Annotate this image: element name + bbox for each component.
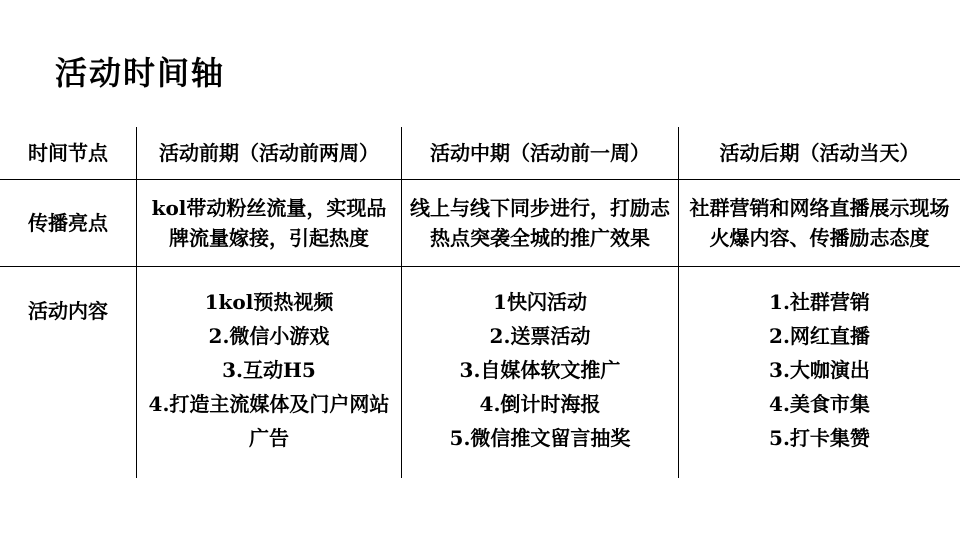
list-item: 5.打卡集赞 <box>769 421 870 455</box>
timeline-table: 时间节点 活动前期（活动前两周） 活动中期（活动前一周） 活动后期（活动当天） … <box>0 127 960 478</box>
content-list-early: 1kol预热视频2.微信小游戏3.互动H54.打造主流媒体及门户网站广告 <box>136 267 401 478</box>
row-label-content: 活动内容 <box>0 267 136 478</box>
list-item: 3.大咖演出 <box>769 353 870 387</box>
highlights-cell-early: kol带动粉丝流量，实现品牌流量嫁接，引起热度 <box>136 180 401 267</box>
header-cell-early-stage: 活动前期（活动前两周） <box>136 127 401 180</box>
list-item: 2.微信小游戏 <box>209 319 330 353</box>
list-item: 1快闪活动 <box>493 285 587 319</box>
list-item: 4.倒计时海报 <box>480 387 601 421</box>
row-label-highlights: 传播亮点 <box>0 180 136 267</box>
list-item: 4.美食市集 <box>769 387 870 421</box>
highlights-cell-late: 社群营销和网络直播展示现场火爆内容、传播励志态度 <box>678 180 960 267</box>
header-cell-mid-stage: 活动中期（活动前一周） <box>401 127 678 180</box>
list-item: 3.自媒体软文推广 <box>460 353 621 387</box>
content-list-late: 1.社群营销2.网红直播3.大咖演出4.美食市集5.打卡集赞 <box>678 267 960 478</box>
list-item: 1.社群营销 <box>769 285 870 319</box>
list-item: 1kol预热视频 <box>205 285 334 319</box>
list-item: 5.微信推文留言抽奖 <box>450 421 631 455</box>
list-item: 3.互动H5 <box>222 353 316 387</box>
header-cell-time-node: 时间节点 <box>0 127 136 180</box>
list-item: 2.送票活动 <box>490 319 591 353</box>
content-list-mid: 1快闪活动2.送票活动3.自媒体软文推广4.倒计时海报5.微信推文留言抽奖 <box>401 267 678 478</box>
list-item: 2.网红直播 <box>769 319 870 353</box>
highlights-cell-mid: 线上与线下同步进行，打励志热点突袭全城的推广效果 <box>401 180 678 267</box>
list-item: 4.打造主流媒体及门户网站广告 <box>143 387 395 455</box>
header-cell-late-stage: 活动后期（活动当天） <box>678 127 960 180</box>
page-title: 活动时间轴 <box>55 48 225 94</box>
